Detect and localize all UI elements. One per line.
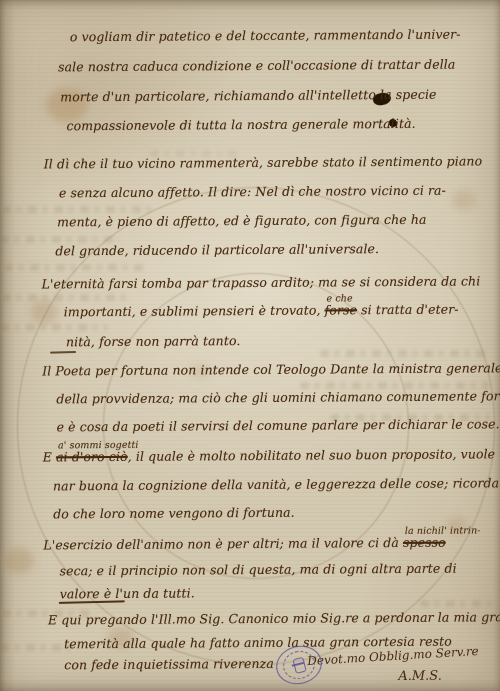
manuscript-line: menta, è pieno di affetto, ed è figurato… [57, 212, 427, 231]
manuscript-line-with-correction: L'esercizio dell'animo non è per altri; … [43, 535, 445, 554]
manuscript-line: o vogliam dir patetico e del toccante, r… [70, 27, 461, 46]
line-text: importanti, e sublimi pensieri è trovato… [64, 302, 325, 319]
interlinear-insertion: a' sommi sogetti [58, 438, 139, 455]
manuscript-text: o vogliam dir patetico e del toccante, r… [0, 0, 500, 691]
manuscript-line: do che loro nome vengono di fortuna. [53, 505, 295, 523]
manuscript-line: Il dì che il tuo vicino rammenterà, sare… [44, 153, 483, 172]
manuscript-line: con fede inquietissima riverenza [64, 656, 274, 673]
correction: ai d'oro ciòa' sommi sogetti [56, 449, 128, 464]
manuscript-line: sale nostra caduca condizione e coll'occ… [58, 57, 455, 76]
manuscript-line-with-correction: E ai d'oro ciòa' sommi sogetti, il quale… [43, 446, 500, 465]
manuscript-line: della provvidenza; ma ciò che gli uomini… [56, 388, 500, 407]
manuscript-line: seca; e il principio non sol di questa, … [60, 561, 457, 580]
manuscript-line: e senza alcuno affetto. Il dire: Nel dì … [59, 183, 446, 202]
manuscript-line: compassionevole di tutta la nostra gener… [66, 116, 415, 134]
correction: forsee che [325, 302, 358, 317]
manuscript-line: valore è l'un da tutti. [60, 585, 195, 602]
manuscript-line: del grande, riducendo il particolare all… [55, 241, 379, 259]
manuscript-line-with-correction: importanti, e sublimi pensieri è trovato… [64, 302, 459, 321]
line-text: si tratta d'eter- [357, 302, 459, 318]
manuscript-line: nar buona la cognizione della vanità, e … [53, 475, 500, 494]
line-text: , il quale è molto nobilitato nel suo bu… [128, 446, 500, 464]
correction: spessola nichil' intrin- [403, 535, 446, 550]
line-text: E [43, 449, 56, 464]
manuscript-line: L'eternità farsi tomba par trapasso ardi… [42, 273, 481, 292]
interlinear-insertion: la nichil' intrin- [405, 523, 481, 540]
manuscript-line: E qui pregando l'Ill.mo Sig. Canonico mi… [48, 609, 500, 628]
manuscript-page: o vogliam dir patetico e del toccante, r… [0, 0, 500, 691]
manuscript-line: morte d'un particolare, richiamando all'… [60, 87, 436, 106]
manuscript-line: Il Poeta per fortuna non intende col Teo… [42, 360, 500, 379]
interlinear-insertion: e che [326, 291, 352, 307]
signature-initials: A.M.S. [398, 669, 442, 684]
margin-underline [50, 351, 76, 353]
manuscript-line: e è cosa da poeti il servirsi del comune… [57, 416, 500, 435]
closing-separator [59, 600, 125, 604]
line-text: L'esercizio dell'animo non è per altri; … [43, 535, 403, 553]
manuscript-line: nità, forse non parrà tanto. [66, 333, 241, 350]
